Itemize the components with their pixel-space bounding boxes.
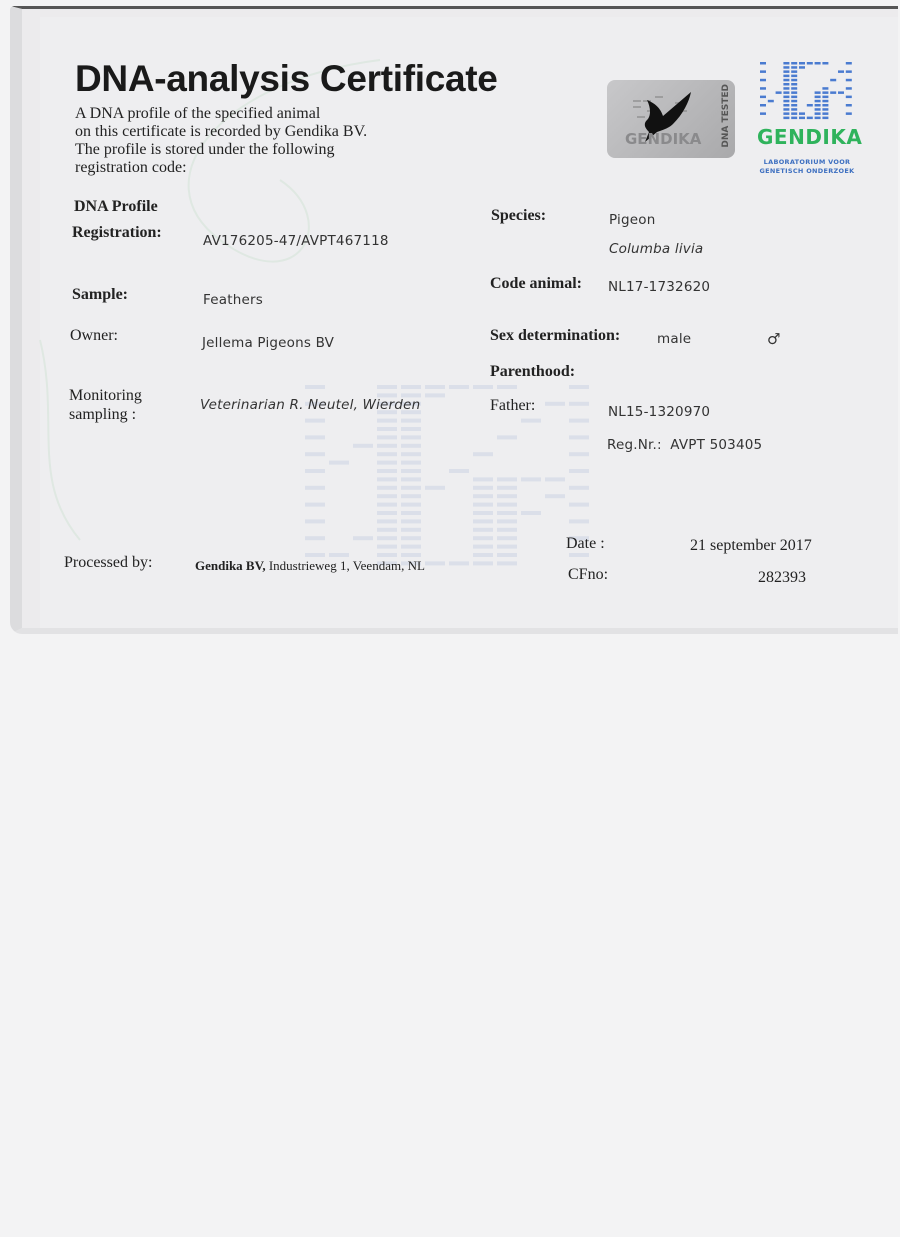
certificate-title: DNA-analysis Certificate (75, 58, 498, 100)
father-label: Father: (490, 397, 535, 415)
gendika-watermark-logo (305, 385, 605, 575)
badge-dna-tested-text: DNA TESTED (721, 84, 731, 148)
processed-company: Gendika BV, (195, 558, 266, 573)
processed-by-label: Processed by: (64, 554, 152, 572)
date-label: Date : (566, 535, 605, 553)
cfno-value: 282393 (758, 569, 806, 587)
dna-tested-badge: GENDIKA DNA TESTED (607, 80, 735, 158)
logo-subtitle-line: GENETISCH ONDERZOEK (758, 167, 856, 176)
code-animal-label: Code animal: (490, 275, 582, 293)
gendika-logo-subtitle: LABORATORIUM VOOR GENETISCH ONDERZOEK (758, 158, 856, 176)
code-animal-value: NL17-1732620 (608, 279, 710, 295)
father-reg-value: AVPT 503405 (670, 437, 762, 453)
dna-profile-label: DNA Profile (74, 198, 158, 216)
logo-subtitle-line: LABORATORIUM VOOR (758, 158, 856, 167)
father-registration: Reg.Nr.: AVPT 503405 (607, 437, 762, 453)
monitoring-sampling-label: Monitoring sampling : (69, 386, 142, 424)
date-value: 21 september 2017 (690, 537, 812, 555)
species-label: Species: (491, 207, 546, 225)
male-symbol-icon: ♂ (767, 330, 780, 348)
intro-line: on this certificate is recorded by Gendi… (75, 123, 367, 141)
monitoring-sampling-value: Veterinarian R. Neutel, Wierden (200, 397, 420, 413)
intro-line: The profile is stored under the followin… (75, 141, 367, 159)
species-latin-value: Columba livia (609, 241, 703, 257)
sex-determination-value: male (657, 331, 691, 347)
processed-address: Industrieweg 1, Veendam, NL (266, 558, 425, 573)
sample-label: Sample: (72, 286, 128, 304)
father-reg-label: Reg.Nr.: (607, 437, 662, 453)
cfno-label: CFno: (568, 566, 608, 584)
father-value: NL15-1320970 (608, 404, 710, 420)
certificate-intro: A DNA profile of the specified animal on… (75, 105, 367, 177)
processed-by-value: Gendika BV, Industrieweg 1, Veendam, NL (195, 558, 425, 574)
intro-line: registration code: (75, 159, 367, 177)
owner-value: Jellema Pigeons BV (202, 335, 334, 351)
registration-label: Registration: (72, 224, 162, 242)
gendika-logo-name: GENDIKA (757, 125, 862, 149)
registration-value: AV176205-47/AVPT467118 (203, 233, 389, 249)
parenthood-label: Parenthood: (490, 363, 575, 381)
species-common-value: Pigeon (609, 212, 656, 228)
sample-value: Feathers (203, 292, 263, 308)
badge-brand-text: GENDIKA (625, 130, 701, 148)
monitoring-label-line: Monitoring (69, 386, 142, 405)
gendika-logo-mark (760, 62, 855, 122)
intro-line: A DNA profile of the specified animal (75, 105, 367, 123)
owner-label: Owner: (70, 327, 118, 345)
monitoring-label-line: sampling : (69, 405, 142, 424)
sex-determination-label: Sex determination: (490, 327, 620, 345)
